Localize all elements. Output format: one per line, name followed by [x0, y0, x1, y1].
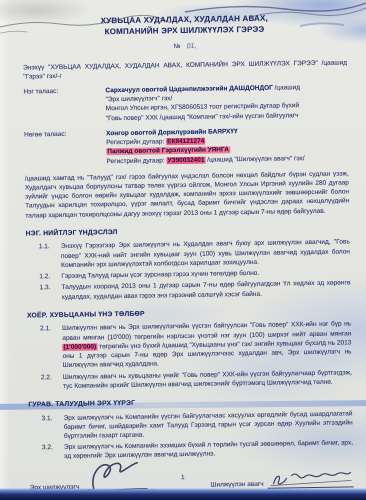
clause-2-1: 2.1. Шилжүүлэн авагч нь Эрх шилжүүлэгчий…	[27, 320, 352, 371]
transferee-name-2: Палжид овогтой Гэрэлхүүгийн УЯНГА	[106, 147, 230, 156]
preamble-paragraph: /цаашид хамтад нь "Талууд" гэх/ гэрээ ба…	[25, 169, 350, 220]
party-label: Нөгөө талаас:	[24, 129, 107, 167]
section-heading-1: НЭГ. НИЙТЛЭГ ҮНДЭСЛЭЛ	[26, 224, 350, 239]
clause-text: Шилжүүлэн авагч нь Эрх шилжүүлэгчийн үүс…	[62, 320, 352, 371]
document-number-handwritten: 01,	[186, 41, 197, 52]
document-number: № 01,	[23, 39, 347, 54]
registration-label-1: Регистрийн дугаар:	[106, 138, 166, 146]
clause-text: Талуудын хооронд 2013 оны 1 дүгээр сарын…	[61, 279, 350, 302]
contract-body: ХУВЬЦАА ХУДАЛДАХ, ХУДАЛДАН АВАХ, КОМПАНИ…	[0, 0, 366, 493]
clause-number: 3.2.	[42, 443, 64, 462]
registration-number-2: УЗ90032401	[166, 156, 205, 164]
clause-2-2: 2.2. Шилжүүлэн авагч нь хувьцааны үнийг …	[28, 368, 352, 392]
section-general-basis: НЭГ. НИЙТЛЭГ ҮНДЭСЛЭЛ 1.1. Энэхүү Гэрээг…	[26, 224, 351, 302]
party-details: Хонгор овогтой Доржлүрэвийн БАЯРХҮҮ Реги…	[106, 125, 349, 166]
registration-number-1: ЕК84121274	[166, 138, 205, 146]
clause-number: 1.2.	[39, 272, 61, 282]
transferee-alias: /цаашид "Шилжүүлэн авагч" гэх/	[205, 155, 304, 164]
section-heading-3: ГУРАВ. ТАЛУУДЫН ЭРХ ҮҮРЭГ	[28, 395, 352, 410]
party-label: Нэг талаас:	[23, 86, 106, 124]
section-rights-obligations: ГУРАВ. ТАЛУУДЫН ЭРХ ҮҮРЭГ 3.1. Эрх шилжү…	[28, 395, 353, 462]
section-heading-2: ХОЁР. ХУВЬЦААНЫ ҮНЭ ТӨЛБӨР	[27, 306, 351, 321]
clause-text: Энэхүү Гэрээгээр Эрх шилжүүлэгч нь Худал…	[61, 238, 350, 270]
clause-3-2: 3.2. Эрх шилжүүлэгч нь Компанийн эзэмших…	[29, 439, 353, 463]
party-details: Сархачуул овогтой Цэдэнпилжээгийн ДАШДОН…	[105, 82, 348, 123]
registration-label-2: Регистрийн дугаар:	[106, 157, 166, 165]
transferor-name-suffix: /цаашид	[273, 84, 300, 91]
clause-number: 1.3.	[39, 283, 61, 302]
clause-text-post: төгрөгийн үнэ бүхий /цаашид "Хувьцааны ү…	[63, 339, 352, 369]
clause-text-pre: Шилжүүлэн авагч нь Эрх шилжүүлэгчийн үүс…	[62, 321, 351, 342]
signature-scrawl-right	[267, 466, 353, 489]
section-share-price: ХОЁР. ХУВЬЦААНЫ ҮНЭ ТӨЛБӨР 2.1. Шилжүүлэ…	[27, 306, 352, 391]
intro-paragraph: Энэхүү "ХУВЬЦАА ХУДАЛДАХ, ХУДАЛДАН АВАХ,…	[23, 58, 347, 82]
party-row-transferor: Нэг талаас: Сархачуул овогтой Цэдэнпилжэ…	[23, 82, 348, 124]
contract-title: ХУВЬЦАА ХУДАЛДАХ, ХУДАЛДАН АВАХ, КОМПАНИ…	[22, 12, 346, 39]
scan-bottom-edge	[0, 488, 366, 500]
clause-number: 2.2.	[41, 372, 63, 391]
parties-block: Нэг талаас: Сархачуул овогтой Цэдэнпилжэ…	[23, 82, 348, 167]
clause-text: Шилжүүлэн авагч нь хувьцааны үнийг "Говь…	[63, 368, 352, 391]
clause-number: 3.1.	[41, 414, 63, 442]
clause-1-1: 1.1. Энэхүү Гэрээгээр Эрх шилжүүлэгч нь …	[26, 238, 350, 271]
transferor-name: Сархачуул овогтой Цэдэнпилжээгийн ДАШДОН…	[105, 85, 272, 95]
document-number-label: №	[173, 43, 180, 50]
clause-1-3: 1.3. Талуудын хооронд 2013 оны 1 дүгээр …	[26, 279, 350, 303]
party-row-transferee: Нөгөө талаас: Хонгор овогтой Доржлүрэвий…	[24, 125, 349, 167]
clause-number: 2.1.	[40, 324, 63, 370]
clause-text: Эрх шилжүүлэгч нь Компанийн үүсгэн байгу…	[63, 409, 352, 441]
clause-3-1: 3.1. Эрх шилжүүлэгч нь Компанийн үүсгэн …	[28, 409, 352, 442]
clause-number: 1.1.	[39, 242, 61, 270]
highlighted-amount: (1'000'000)	[62, 343, 97, 351]
scanned-contract-page: ХУВЬЦАА ХУДАЛДАХ, ХУДАЛДАН АВАХ, КОМПАНИ…	[0, 0, 366, 500]
